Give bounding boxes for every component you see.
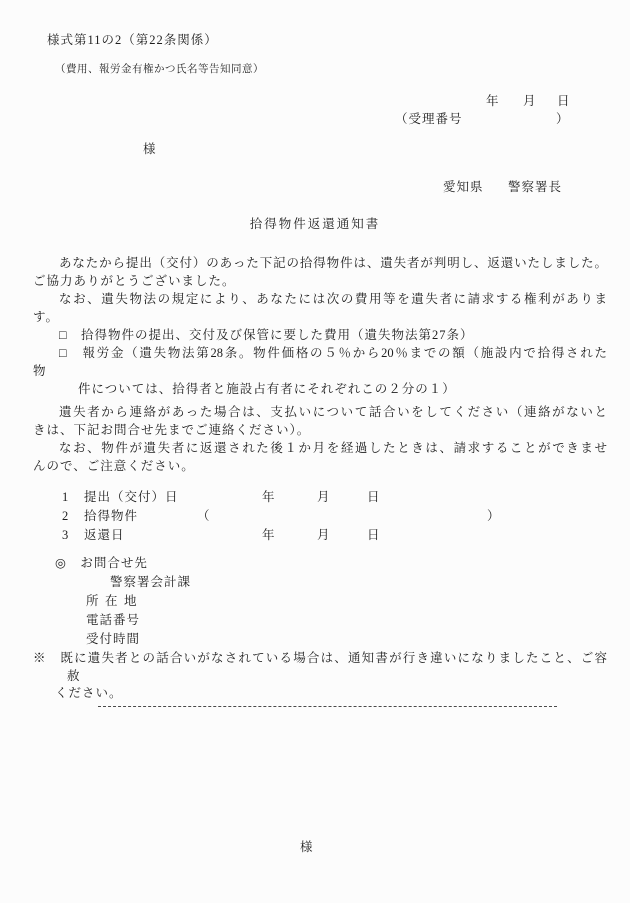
footer-addressee-suffix: 様 bbox=[300, 840, 314, 855]
month-label: 月 bbox=[317, 528, 331, 543]
paren-open: （ bbox=[197, 509, 211, 524]
month-label: 月 bbox=[317, 490, 331, 505]
checkbox-line-reward: □ 報労金（遺失物法第28条。物件価格の５％から20％までの額（施設内で拾得され… bbox=[59, 346, 607, 361]
body-line: あなたから提出（交付）のあった下記の拾得物件は、遺失者が判明し、返還いたしました… bbox=[59, 256, 607, 271]
note-line: ください。 bbox=[55, 686, 123, 701]
body-line: 件については、拾得者と施設占有者にそれぞれこの２分の１） bbox=[78, 382, 456, 397]
document-page: 様式第11の2（第22条関係） （費用、報労金有権かつ氏名等告知同意） 年 月 … bbox=[0, 0, 630, 903]
contact-section: 警察署会計課 bbox=[110, 575, 191, 590]
year-label: 年 bbox=[262, 528, 276, 543]
body-line: んので、ご注意ください。 bbox=[33, 459, 195, 474]
body-line: きは、下記お問合せ先までご連絡ください）。 bbox=[33, 423, 310, 438]
item-number: 1 bbox=[62, 490, 69, 505]
contact-phone-label: 電話番号 bbox=[86, 613, 140, 628]
note-line: ※ 既に遺失者との話合いがなされている場合は、通知書が行き違いになりましたこと、… bbox=[33, 651, 607, 666]
item-label: 拾得物件 bbox=[84, 509, 138, 524]
item-number: 3 bbox=[62, 528, 69, 543]
contact-heading: ◎ お問合せ先 bbox=[55, 556, 148, 571]
form-subtitle: （費用、報労金有権かつ氏名等告知同意） bbox=[55, 62, 264, 77]
note-line: 赦 bbox=[67, 669, 81, 684]
day-label: 日 bbox=[367, 490, 381, 505]
receipt-number-close: ） bbox=[556, 112, 570, 127]
date-month-label: 月 bbox=[523, 94, 537, 109]
body-line: なお、遺失物法の規定により、あなたには次の費用等を遺失者に請求する権利がありま bbox=[59, 292, 607, 307]
date-year-label: 年 bbox=[486, 94, 500, 109]
year-label: 年 bbox=[262, 490, 276, 505]
body-line: なお、物件が遺失者に返還された後１か月を経過したときは、請求することができませ bbox=[59, 441, 607, 456]
body-line: 遺失者から連絡があった場合は、支払いについて話合いをしてください（連絡がないと bbox=[59, 405, 607, 420]
page-title: 拾得物件返還通知書 bbox=[0, 217, 630, 232]
contact-address-label: 所在地 bbox=[86, 594, 143, 609]
contact-hours-label: 受付時間 bbox=[86, 632, 140, 647]
day-label: 日 bbox=[367, 528, 381, 543]
issuer-prefecture: 愛知県 bbox=[443, 180, 484, 195]
checkbox-line-cost: □ 拾得物件の提出、交付及び保管に要した費用（遺失物法第27条） bbox=[59, 328, 474, 343]
body-line: ご協力ありがとうございました。 bbox=[33, 274, 236, 289]
item-label: 返還日 bbox=[84, 528, 125, 543]
body-line: 物 bbox=[33, 364, 47, 379]
dashed-cut-line bbox=[98, 706, 557, 707]
issuer-office: 警察署長 bbox=[508, 180, 562, 195]
paren-close: ） bbox=[487, 509, 501, 524]
body-line: す。 bbox=[33, 310, 59, 325]
form-number: 様式第11の2（第22条関係） bbox=[47, 33, 218, 48]
receipt-number-open: （受理番号 bbox=[395, 112, 463, 127]
item-label: 提出（交付）日 bbox=[84, 490, 179, 505]
item-number: 2 bbox=[62, 509, 69, 524]
addressee-suffix: 様 bbox=[143, 142, 157, 157]
date-day-label: 日 bbox=[557, 94, 571, 109]
